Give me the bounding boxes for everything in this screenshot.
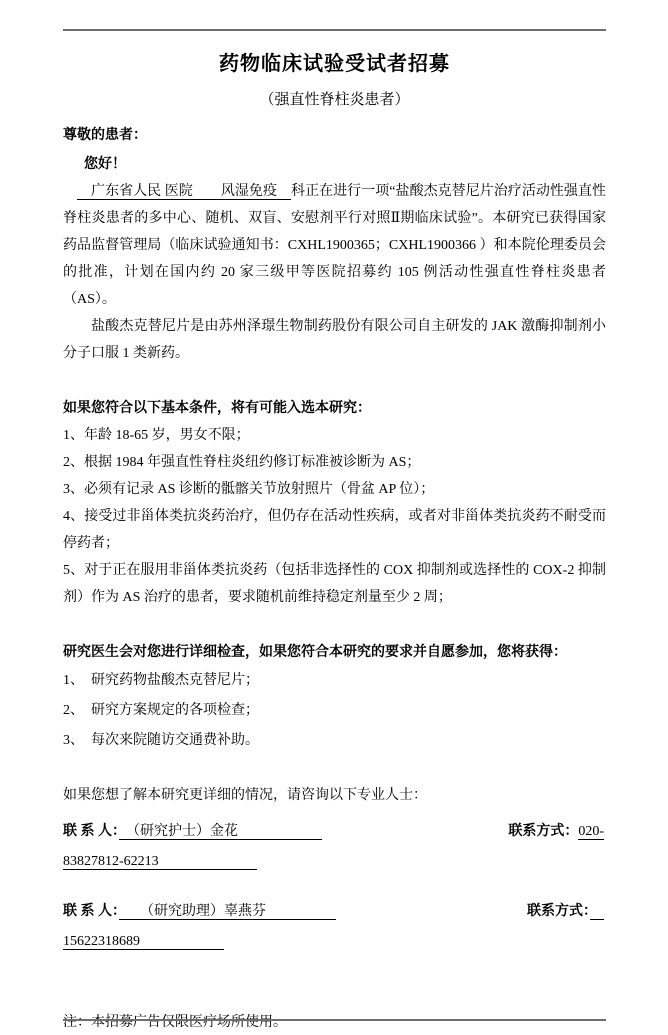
criteria-item-2: 2、根据 1984 年强直性脊柱炎纽约修订标准被诊断为 AS； [63,449,606,476]
contact-1-method-label: 联系方式： [508,824,578,839]
benefits-heading: 研究医生会对您进行详细检查，如果您符合本研究的要求并自愿参加，您将获得： [63,639,606,666]
contact-2-label: 联 系 人： [63,904,119,919]
header-divider-line [63,29,606,31]
criteria-item-4: 4、接受过非甾体类抗炎药治疗，但仍存在活动性疾病，或者对非甾体类抗炎药不耐受而停… [63,503,606,557]
intro-text: 科正在进行一项“盐酸杰克替尼片治疗活动性强直性脊柱炎患者的多中心、随机、双盲、安… [63,184,606,307]
contact-1-right: 联系方式：020- [508,817,606,847]
intro-paragraph: 广东省人民 医院 风湿免疫 科正在进行一项“盐酸杰克替尼片治疗活动性强直性脊柱炎… [63,178,606,313]
benefit-item-2: 2、 研究方案规定的各项检查； [63,696,606,726]
footer-note: 注：本招募广告仅限医疗场所使用。 [63,1009,606,1035]
benefit-item-3: 3、 每次来院随访交通费补助。 [63,726,606,756]
contact-row-1: 联 系 人： （研究护士）金花 联系方式：020- [63,817,606,847]
criteria-heading: 如果您符合以下基本条件，将有可能入选本研究： [63,395,606,422]
contact-row-2: 联 系 人： （研究助理）辜燕芬 联系方式： [63,897,606,927]
contact-2-method-label: 联系方式： [527,904,590,919]
contact-2-name-blank: （研究助理）辜燕芬 [119,904,336,920]
page-subtitle: （强直性脊柱炎患者） [63,89,606,111]
contact-2-method-value [590,904,604,920]
benefit-item-1: 1、 研究药物盐酸杰克替尼片； [63,666,606,696]
contact-1-name-blank: （研究护士）金花 [119,824,322,840]
criteria-item-1: 1、年龄 18-65 岁，男女不限； [63,422,606,449]
hospital-department-blank: 广东省人民 医院 风湿免疫 [77,184,291,200]
contact-1-label: 联 系 人： [63,824,119,839]
criteria-item-5: 5、对于正在服用非甾体类抗炎药（包括非选择性的 COX 抑制剂或选择性的 COX… [63,557,606,611]
contact-2-phone-continuation: 15622318689 [63,927,606,957]
contact-1-method-value: 020- [578,824,604,840]
salutation: 尊敬的患者： [63,125,606,147]
contact-1-left: 联 系 人： （研究护士）金花 [63,817,322,847]
contact-2-left: 联 系 人： （研究助理）辜燕芬 [63,897,336,927]
contact-intro: 如果您想了解本研究更详细的情况，请咨询以下专业人士： [63,782,606,809]
contact-2-right: 联系方式： [527,897,606,927]
drug-description-paragraph: 盐酸杰克替尼片是由苏州泽璟生物制药股份有限公司自主研发的 JAK 激酶抑制剂小分… [63,313,606,367]
footer-divider-line [63,1019,606,1021]
document-page: 药物临床试验受试者招募 （强直性脊柱炎患者） 尊敬的患者： 您好！ 广东省人民 … [0,0,668,1035]
page-title: 药物临床试验受试者招募 [63,49,606,79]
criteria-item-3: 3、必须有记录 AS 诊断的骶髂关节放射照片（骨盆 AP 位）； [63,476,606,503]
contact-1-phone-continuation: 83827812-62213 [63,847,606,877]
greeting: 您好！ [63,151,606,178]
